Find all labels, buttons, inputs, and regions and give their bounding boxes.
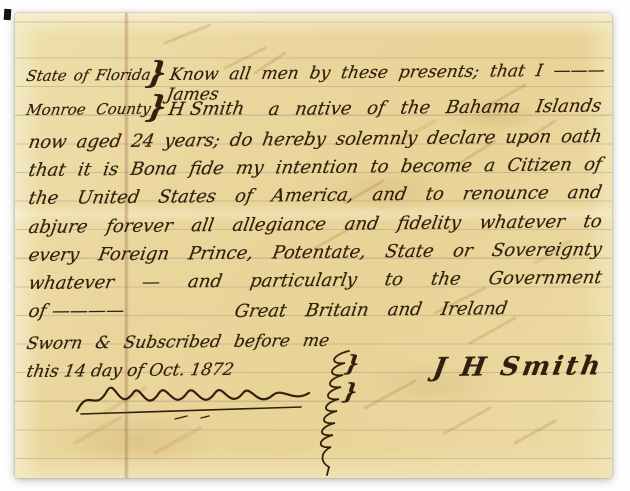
applicant-signature: J H Smith (431, 351, 605, 383)
margin-state-label: State of Florida (25, 66, 152, 85)
body-line-9-country: Great Britain and Ireland (233, 298, 509, 322)
scanner-edge-mark (4, 9, 12, 20)
body-line-2-name: H Smith (167, 98, 246, 120)
flourish-coil (315, 349, 359, 477)
margin-county-label: Monroe County (25, 100, 152, 119)
attestation-line-1: Sworn & Subscribed before me (25, 331, 331, 354)
document-paper: State of Florida } Monroe County } Know … (15, 13, 612, 478)
body-line-9-of: of ———— (27, 300, 126, 322)
attestation-line-2: this 14 day of Oct. 1872 (25, 360, 235, 382)
scanned-document-background: State of Florida } Monroe County } Know … (0, 0, 630, 491)
clerk-signature (75, 381, 327, 421)
body-line-2-rest: a native of the Bahama Islands (267, 96, 603, 120)
